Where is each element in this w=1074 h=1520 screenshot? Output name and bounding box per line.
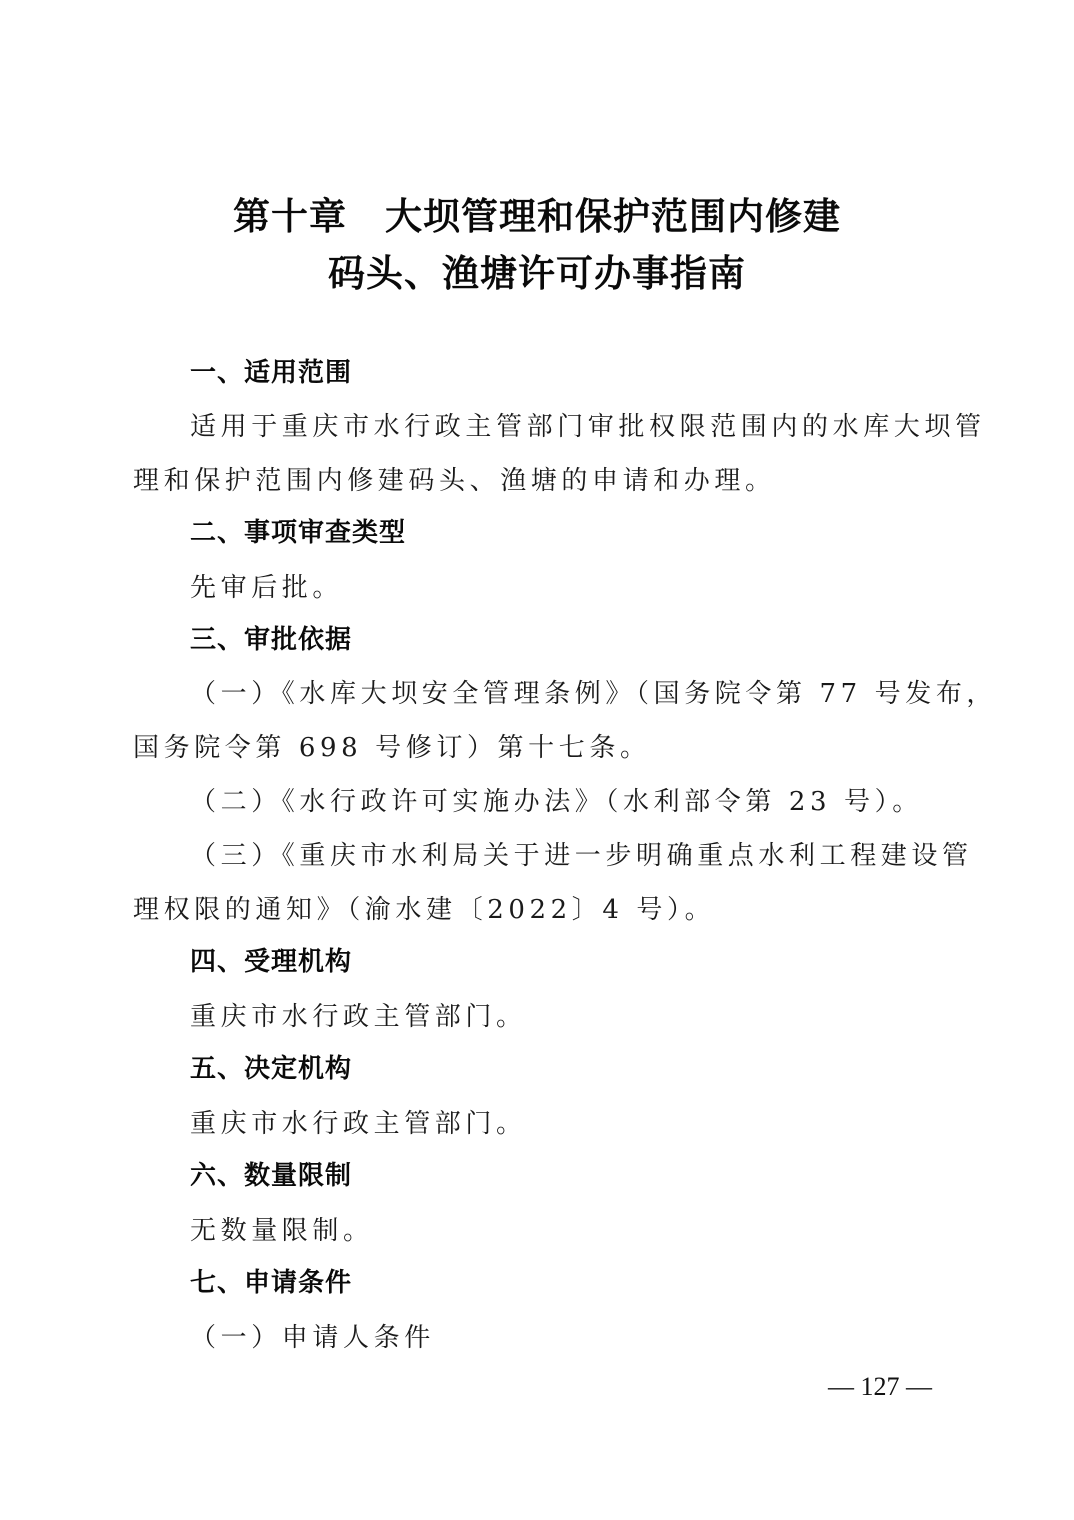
paragraph-line: 先审后批。 bbox=[190, 571, 343, 605]
section-heading-quantity-limit: 六、数量限制 bbox=[190, 1159, 352, 1193]
paragraph-line: 理权限的通知》（渝水建〔2022〕4 号）。 bbox=[133, 893, 715, 927]
paragraph-line: （二）《水行政许可实施办法》（水利部令第 23 号）。 bbox=[190, 785, 923, 819]
chapter-title-line-2: 码头、渔塘许可办事指南 bbox=[0, 243, 1074, 297]
chapter-title-line-1: 第十章 大坝管理和保护范围内修建 bbox=[0, 186, 1074, 240]
section-heading-review-type: 二、事项审查类型 bbox=[190, 516, 406, 550]
paragraph-line: （一）申请人条件 bbox=[190, 1321, 435, 1355]
paragraph-line: 理和保护范围内修建码头、渔塘的申请和办理。 bbox=[133, 464, 776, 498]
paragraph-line: 国务院令第 698 号修订）第十七条。 bbox=[133, 731, 651, 765]
paragraph-line: 适用于重庆市水行政主管部门审批权限范围内的水库大坝管 bbox=[190, 410, 986, 444]
section-heading-legal-basis: 三、审批依据 bbox=[190, 623, 352, 657]
section-heading-accepting-agency: 四、受理机构 bbox=[190, 945, 352, 979]
document-page: 第十章 大坝管理和保护范围内修建 码头、渔塘许可办事指南 一、适用范围 适用于重… bbox=[0, 0, 1074, 1520]
section-heading-application-conditions: 七、申请条件 bbox=[190, 1266, 352, 1300]
paragraph-line: （三）《重庆市水利局关于进一步明确重点水利工程建设管 bbox=[190, 839, 973, 873]
paragraph-line: （一）《水库大坝安全管理条例》（国务院令第 77 号发布， bbox=[190, 677, 997, 711]
paragraph-line: 无数量限制。 bbox=[190, 1214, 374, 1248]
page-number: — 127 — bbox=[828, 1372, 932, 1402]
paragraph-line: 重庆市水行政主管部门。 bbox=[190, 1000, 527, 1034]
section-heading-scope: 一、适用范围 bbox=[190, 356, 352, 390]
section-heading-deciding-agency: 五、决定机构 bbox=[190, 1052, 352, 1086]
paragraph-line: 重庆市水行政主管部门。 bbox=[190, 1107, 527, 1141]
